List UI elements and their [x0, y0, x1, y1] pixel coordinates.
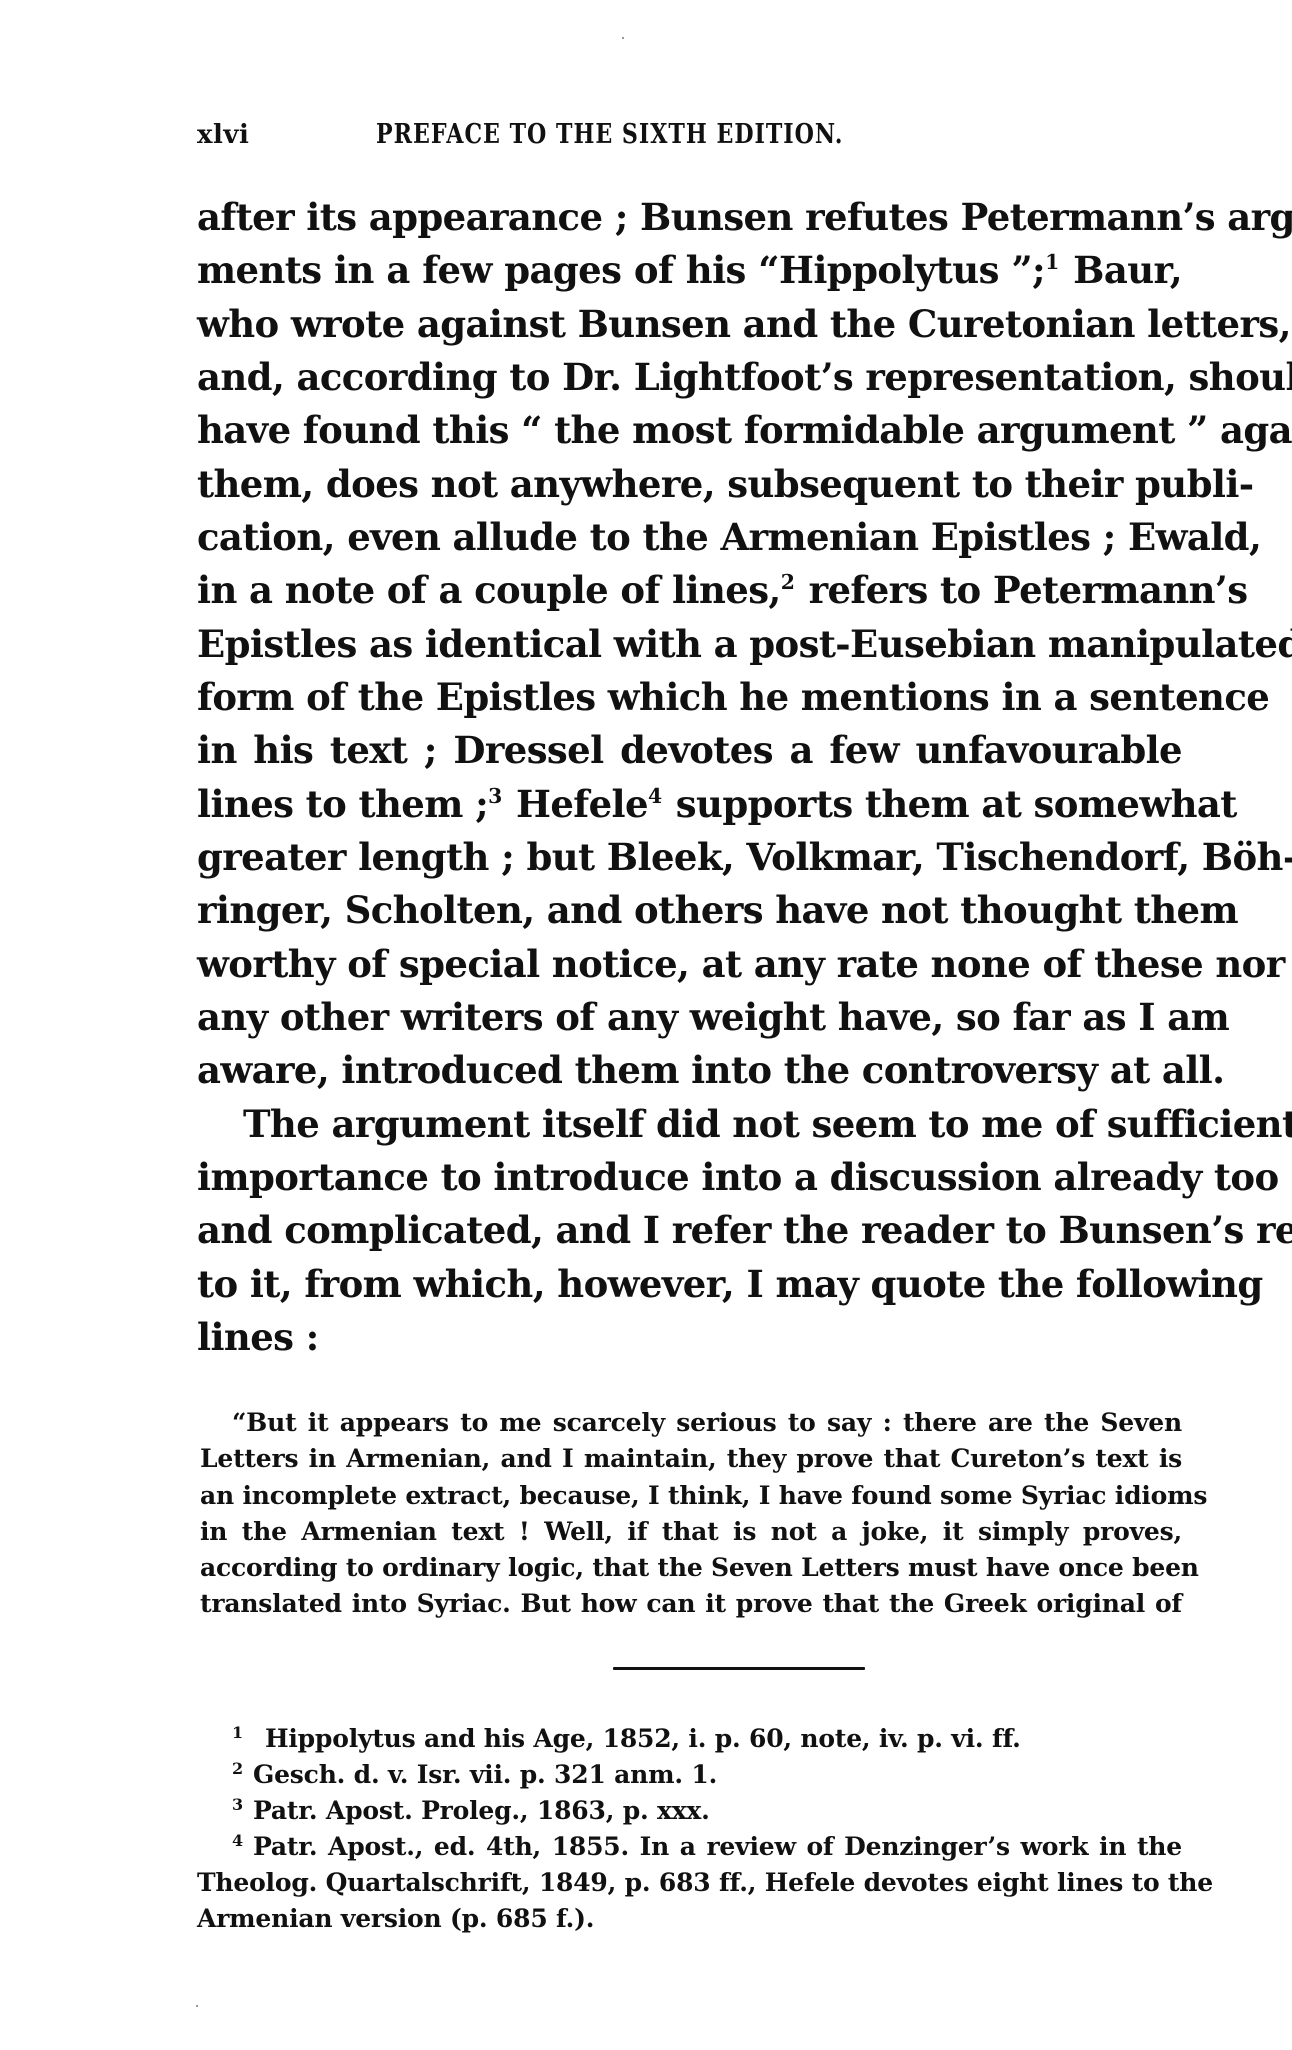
quote-line: according to ordinary logic, that the Se…	[200, 1553, 1182, 1583]
footnote-4-continuation: Armenian version (p. 685 f.).	[197, 1904, 1182, 1934]
body-line: after its appearance ; Bunsen refutes Pe…	[197, 197, 1182, 237]
body-line: greater length ; but Bleek, Volkmar, Tis…	[197, 837, 1182, 877]
footnote-3: 3Patr. Apost. Proleg., 1863, p. xxx.	[232, 1796, 1182, 1826]
book-page: xlvi PREFACE TO THE SIXTH EDITION. after…	[0, 0, 1292, 2050]
body-line: aware, introduced them into the controve…	[197, 1050, 1182, 1090]
body-line: Epistles as identical with a post-Eusebi…	[197, 624, 1182, 664]
body-line: ringer, Scholten, and others have not th…	[197, 890, 1182, 930]
quote-line: “But it appears to me scarcely serious t…	[232, 1408, 1182, 1438]
quote-line: an incomplete extract, because, I think,…	[200, 1481, 1182, 1511]
body-line: who wrote against Bunsen and the Cureton…	[197, 304, 1182, 344]
body-line: form of the Epistles which he mentions i…	[197, 677, 1182, 717]
footnote-divider	[613, 1667, 865, 1670]
quote-line: Letters in Armenian, and I maintain, the…	[200, 1444, 1182, 1474]
body-line: ments in a few pages of his “Hippolytus …	[197, 250, 1182, 290]
footnote-ref: 1	[1045, 250, 1059, 274]
footnote-ref: 3	[488, 784, 502, 808]
running-head: xlvi PREFACE TO THE SIXTH EDITION.	[197, 118, 1182, 152]
footnote-2: 2Gesch. d. v. Isr. vii. p. 321 anm. 1.	[232, 1760, 1182, 1790]
scan-speck	[196, 2005, 198, 2007]
scan-speck	[622, 37, 624, 39]
body-line: any other writers of any weight have, so…	[197, 997, 1182, 1037]
footnote-4-continuation: Theolog. Quartalschrift, 1849, p. 683 ff…	[197, 1868, 1182, 1898]
body-line: cation, even allude to the Armenian Epis…	[197, 517, 1182, 557]
quote-line: translated into Syriac. But how can it p…	[200, 1589, 1182, 1619]
body-line: have found this “ the most formidable ar…	[197, 410, 1182, 450]
quote-line: in the Armenian text ! Well, if that is …	[200, 1517, 1182, 1547]
body-line: lines :	[197, 1317, 1182, 1357]
body-line: in a note of a couple of lines,2 refers …	[197, 570, 1182, 610]
body-line: worthy of special notice, at any rate no…	[197, 944, 1182, 984]
body-line: in his text ; Dressel devotes a few unfa…	[197, 730, 1182, 770]
paragraph-start-line: The argument itself did not seem to me o…	[243, 1104, 1182, 1144]
body-line: and, according to Dr. Lightfoot’s repres…	[197, 357, 1182, 397]
footnote-ref: 4	[648, 784, 662, 808]
body-line: importance to introduce into a discussio…	[197, 1157, 1182, 1197]
body-line: and complicated, and I refer the reader …	[197, 1210, 1182, 1250]
body-line: lines to them ;3 Hefele4 supports them a…	[197, 784, 1182, 824]
running-head-title: PREFACE TO THE SIXTH EDITION.	[376, 118, 874, 152]
body-line: them, does not anywhere, subsequent to t…	[197, 464, 1182, 504]
body-line: to it, from which, however, I may quote …	[197, 1264, 1182, 1304]
footnote-ref: 2	[781, 570, 795, 594]
footnote-4: 4Patr. Apost., ed. 4th, 1855. In a revie…	[232, 1832, 1182, 1862]
footnote-1: 1Hippolytus and his Age, 1852, i. p. 60,…	[232, 1724, 1182, 1754]
page-number: xlvi	[197, 118, 249, 152]
